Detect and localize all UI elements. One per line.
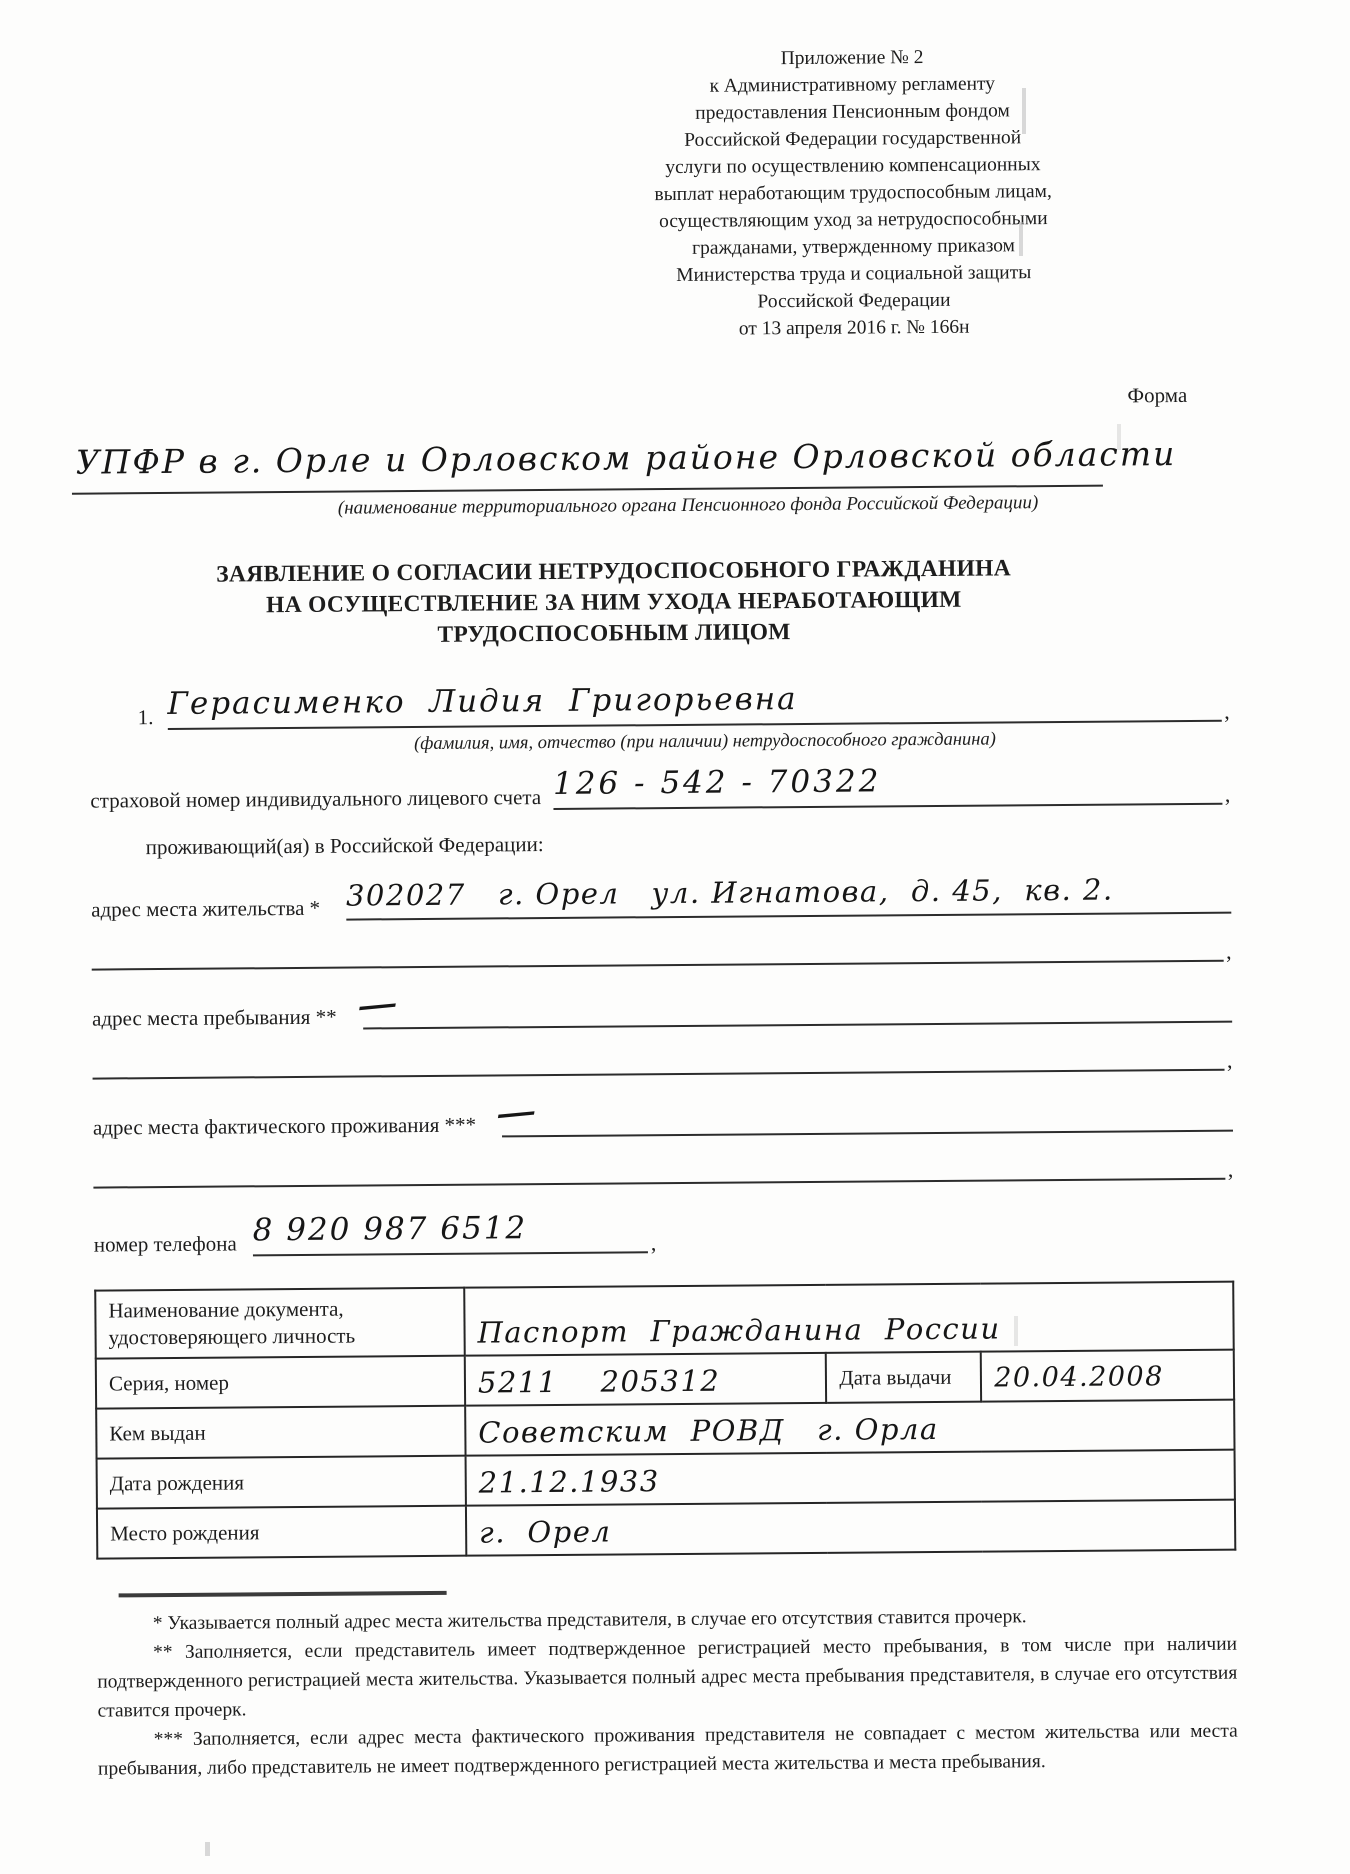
- issue-date-label: Дата выдачи: [826, 1352, 981, 1403]
- stay-address-line: —: [362, 978, 1232, 1030]
- regulation-line: услуги по осуществлению компенсационных: [600, 151, 1105, 182]
- table-row: Серия, номер 5211 205312 Дата выдачи 20.…: [96, 1350, 1234, 1409]
- footnote-stay: ** Заполняется, если представитель имеет…: [97, 1630, 1238, 1726]
- table-row: Кем выдан Советским РОВД г. Орла: [96, 1400, 1234, 1459]
- actual-address-label: адрес места фактического проживания ***: [93, 1112, 502, 1140]
- phone-value: 8 920 987 6512: [253, 1210, 528, 1248]
- table-row: Наименование документа, удостоверяющего …: [95, 1282, 1233, 1359]
- scan-artifact: [1014, 1316, 1018, 1346]
- birth-place-cell: г. Орел: [466, 1500, 1235, 1556]
- applicant-name-line: Герасименко Лидия Григорьевна: [167, 675, 1221, 730]
- stay-address-label: адрес места пребывания **: [92, 1004, 363, 1031]
- regulation-line: Приложение № 2: [599, 43, 1104, 74]
- stay-address-dash: —: [355, 982, 401, 1026]
- regulation-line: гражданами, утвержденному приказом: [601, 232, 1106, 263]
- regulation-line: от 13 апреля 2016 г. № 166н: [602, 313, 1107, 344]
- scanned-application-form: Приложение № 2 к Административному регла…: [0, 0, 1350, 1874]
- item-number: 1.: [138, 705, 154, 730]
- regulation-line: выплат неработающим трудоспособным лицам…: [601, 178, 1106, 209]
- forma-label: Форма: [87, 383, 1187, 417]
- issued-by-label: Кем выдан: [96, 1406, 465, 1459]
- footnote-actual: *** Заполняется, если адрес места фактич…: [98, 1717, 1238, 1784]
- residence-address-label: адрес места жительства *: [91, 896, 346, 923]
- actual-address-line: —: [502, 1087, 1233, 1138]
- blank-line: [93, 1154, 1225, 1189]
- issue-date-cell: 20.04.2008: [981, 1350, 1234, 1402]
- applicant-name-value: Герасименко Лидия Григорьевна: [167, 681, 797, 722]
- applicant-name-caption: (фамилия, имя, отчество (при наличии) не…: [345, 727, 1065, 757]
- series-number-label: Серия, номер: [96, 1356, 465, 1409]
- birth-date-cell: 21.12.1933: [465, 1450, 1234, 1506]
- series-number-cell: 5211 205312: [465, 1353, 827, 1406]
- trailing-comma: ,: [1221, 702, 1230, 722]
- territorial-body-value: УПФР в г. Орле и Орловском районе Орловс…: [76, 434, 1177, 482]
- scan-artifact: [1117, 424, 1121, 450]
- scan-artifact: [1022, 88, 1026, 134]
- applicant-name-field: 1. Герасименко Лидия Григорьевна ,: [89, 675, 1229, 731]
- footnotes-section: * Указывается полный адрес места жительс…: [97, 1585, 1238, 1784]
- snils-value: 126 - 542 - 70322: [553, 763, 882, 802]
- blank-line: [92, 1045, 1224, 1080]
- trailing-comma: ,: [1223, 942, 1232, 962]
- identity-document-table: Наименование документа, удостоверяющего …: [94, 1281, 1236, 1560]
- actual-address-field: адрес места фактического проживания *** …: [93, 1087, 1233, 1141]
- regulation-line: Российской Федерации государственной: [600, 124, 1105, 155]
- issued-by-cell: Советским РОВД г. Орла: [465, 1400, 1234, 1456]
- issued-by-value: Советским РОВД г. Орла: [478, 1412, 939, 1450]
- residence-address-continuation: ,: [92, 936, 1232, 971]
- snils-field: страховой номер индивидуального лицевого…: [90, 758, 1230, 814]
- snils-label: страховой номер индивидуального лицевого…: [90, 785, 541, 814]
- snils-line: 126 - 542 - 70322: [553, 758, 1222, 810]
- regulation-line: Министерства труда и социальной защиты: [601, 259, 1106, 290]
- issue-date-value: 20.04.2008: [994, 1361, 1164, 1393]
- phone-line: 8 920 987 6512: [253, 1206, 648, 1256]
- regulation-reference: Приложение № 2 к Административному регла…: [599, 43, 1106, 344]
- trailing-comma: ,: [1225, 1160, 1234, 1180]
- residence-address-field: адрес места жительства * 302027 г. Орел …: [91, 869, 1231, 923]
- series-number-value: 5211 205312: [478, 1364, 721, 1400]
- stay-address-field: адрес места пребывания ** —: [92, 978, 1232, 1032]
- regulation-line: к Административному регламенту: [600, 70, 1105, 101]
- actual-address-dash: —: [494, 1090, 540, 1134]
- table-row: Дата рождения 21.12.1933: [97, 1450, 1235, 1509]
- trailing-comma: ,: [1222, 785, 1231, 805]
- footnote-divider: [119, 1591, 447, 1598]
- birth-date-label: Дата рождения: [97, 1456, 466, 1509]
- doc-name-value: Паспорт Гражданина России: [477, 1311, 1000, 1349]
- residing-label: проживающий(ая) в Российской Федерации:: [146, 825, 1231, 862]
- phone-field: номер телефона 8 920 987 6512 ,: [94, 1202, 1234, 1258]
- residence-address-value: 302027 г. Орел ул. Игнатова, д. 45, кв. …: [346, 873, 1114, 913]
- scan-artifact: [1019, 222, 1023, 256]
- actual-address-continuation: ,: [93, 1154, 1233, 1189]
- page-content: Приложение № 2 к Административному регла…: [0, 0, 1350, 1874]
- regulation-line: предоставления Пенсионным фондом: [600, 97, 1105, 128]
- territorial-body-caption: (наименование территориального органа Пе…: [238, 489, 1138, 521]
- table-row: Место рождения г. Орел: [97, 1500, 1235, 1559]
- birth-place-label: Место рождения: [97, 1506, 466, 1559]
- birth-date-value: 21.12.1933: [479, 1464, 660, 1499]
- regulation-line: Российской Федерации: [601, 286, 1106, 317]
- trailing-comma: ,: [1224, 1051, 1233, 1071]
- regulation-line: осуществляющим уход за нетрудоспособными: [601, 205, 1106, 236]
- trailing-comma: ,: [648, 1233, 657, 1253]
- stay-address-continuation: ,: [92, 1045, 1232, 1080]
- blank-line: [92, 936, 1224, 971]
- doc-name-cell: Паспорт Гражданина России: [464, 1282, 1234, 1356]
- birth-place-value: г. Орел: [479, 1515, 612, 1550]
- residence-address-line: 302027 г. Орел ул. Игнатова, д. 45, кв. …: [346, 869, 1231, 921]
- doc-name-label: Наименование документа, удостоверяющего …: [95, 1288, 464, 1359]
- phone-label: номер телефона: [94, 1231, 237, 1257]
- form-title: ЗАЯВЛЕНИЕ О СОГЛАСИИ НЕТРУДОСПОСОБНОГО Г…: [88, 552, 1139, 653]
- scan-artifact: [205, 1842, 210, 1856]
- territorial-body-field: УПФР в г. Орле и Орловском районе Орловс…: [72, 433, 1103, 495]
